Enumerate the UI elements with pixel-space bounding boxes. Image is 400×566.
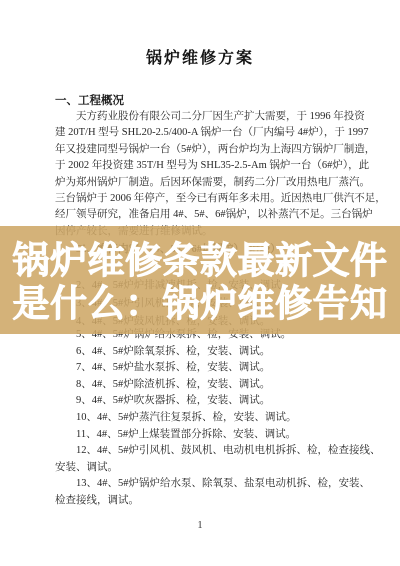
paragraph-text-line: 建 20T/H 型号 SHL20-2.5/400-A 锅炉一台（厂内编号 4#炉… [55, 125, 367, 141]
paragraph-text-line: 炉为郑州锅炉厂制造。后因环保需要，制药二分厂改用热电厂蒸汽。 [55, 175, 367, 191]
paragraph-text-line: 三台锅炉于 2006 年停产，至今已有两年多未用。近因热电厂供汽不足， [55, 191, 367, 207]
overview-paragraph: 天方药业股份有限公司二分厂因生产扩大需要，于 1996 年投资建 20T/H 型… [55, 109, 367, 240]
maintenance-list-line: 8、4#、5#炉除渣机拆、检，安装、调试。 [55, 377, 367, 394]
maintenance-list-line: 13、4#、5#炉锅炉给水泵、除氧泵、盐泵电动机拆、检，安装、 [55, 476, 367, 493]
maintenance-list-line: 10、4#、5#炉蒸汽往复泵拆、检，安装、调试。 [55, 410, 367, 427]
maintenance-item-list: 5、4#、5#炉锅炉给水泵拆、检，安装、调试。 6、4#、5#炉除氧泵拆、检，安… [55, 327, 367, 510]
maintenance-list-line: 9、4#、5#炉吹灰器拆、检，安装、调试。 [55, 393, 367, 410]
maintenance-list-line: 检查接线，调试。 [55, 493, 367, 510]
banner-text-line2: 是什么：锅炉维修告知 [0, 282, 400, 325]
paragraph-text-line: 于 2002 年投资建 35T/H 型号为 SHL35-2.5-Am 锅炉一台（… [55, 158, 367, 174]
maintenance-list-line: 11、4#、5#炉上煤装置部分拆除、安装、调试。 [55, 427, 367, 444]
page-number: 1 [0, 520, 400, 531]
keyword-banner-overlay: 锅炉维修条款最新文件 是什么：锅炉维修告知 [0, 226, 400, 334]
paragraph-text-line: 经厂领导研究，准备启用 4#、5#、6#锅炉，以补蒸汽不足。三台锅炉 [55, 207, 367, 223]
maintenance-list-line: 7、4#、5#炉盐水泵拆、检，安装、调试。 [55, 360, 367, 377]
paragraph-text-line: 天方药业股份有限公司二分厂因生产扩大需要，于 1996 年投资 [55, 109, 367, 125]
section-heading-overview: 一、工程概况 [55, 92, 124, 108]
document-title: 锅炉维修方案 [0, 45, 400, 68]
document-page: 锅炉维修方案 一、工程概况 天方药业股份有限公司二分厂因生产扩大需要，于 199… [0, 0, 400, 566]
maintenance-list-line: 6、4#、5#炉除氧泵拆、检，安装、调试。 [55, 344, 367, 361]
banner-text-line1: 锅炉维修条款最新文件 [0, 239, 400, 282]
maintenance-list-line: 安装、调试。 [55, 460, 367, 477]
paragraph-text-line: 年又投建同型号锅炉一台（5#炉），两台炉均为上海四方锅炉厂制造， [55, 142, 367, 158]
maintenance-list-line: 12、4#、5#炉引风机、鼓风机、电动机电机拆拆、检，检查接线、 [55, 443, 367, 460]
